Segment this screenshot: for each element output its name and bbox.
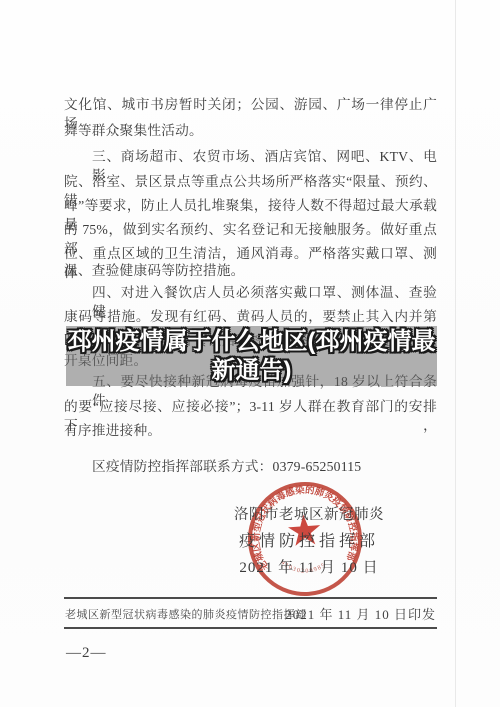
signature-org-line2: 疫情防控指挥部 (199, 528, 419, 551)
contact-line: 区疫情防控指挥部联系方式：0379-65250115 (64, 457, 437, 476)
footer-issuer: 老城区新型冠状病毒感染的肺炎疫情防控指挥部 (65, 606, 307, 622)
body-line: 有序推进接种。 (64, 421, 437, 440)
scanned-notice-page: 文化馆、城市书房暂时关闭；公园、游园、广场一律停止广场 舞等群众聚集性活动。 三… (0, 0, 500, 707)
headline-overlay-band: 邳州疫情属于什么地区(邳州疫情最 新通告) (66, 326, 437, 386)
headline-line1: 邳州疫情属于什么地区(邳州疫情最 (68, 327, 436, 356)
footer-issue-date: 2021 年 11 月 10 日印发 (285, 604, 436, 623)
page-number: —2— (66, 645, 107, 662)
body-line: 温、查验健康码等防控措施。 (64, 261, 437, 280)
signature-date: 2021 年 11 月 10 日 (199, 556, 419, 577)
body-line: 舞等群众聚集性活动。 (64, 121, 437, 140)
page-edge-line (455, 0, 456, 707)
footer-rule-bottom (64, 627, 437, 629)
headline-line2: 新通告) (212, 356, 292, 385)
signature-org-line1: 洛阳市老城区新冠肺炎 (199, 503, 419, 524)
